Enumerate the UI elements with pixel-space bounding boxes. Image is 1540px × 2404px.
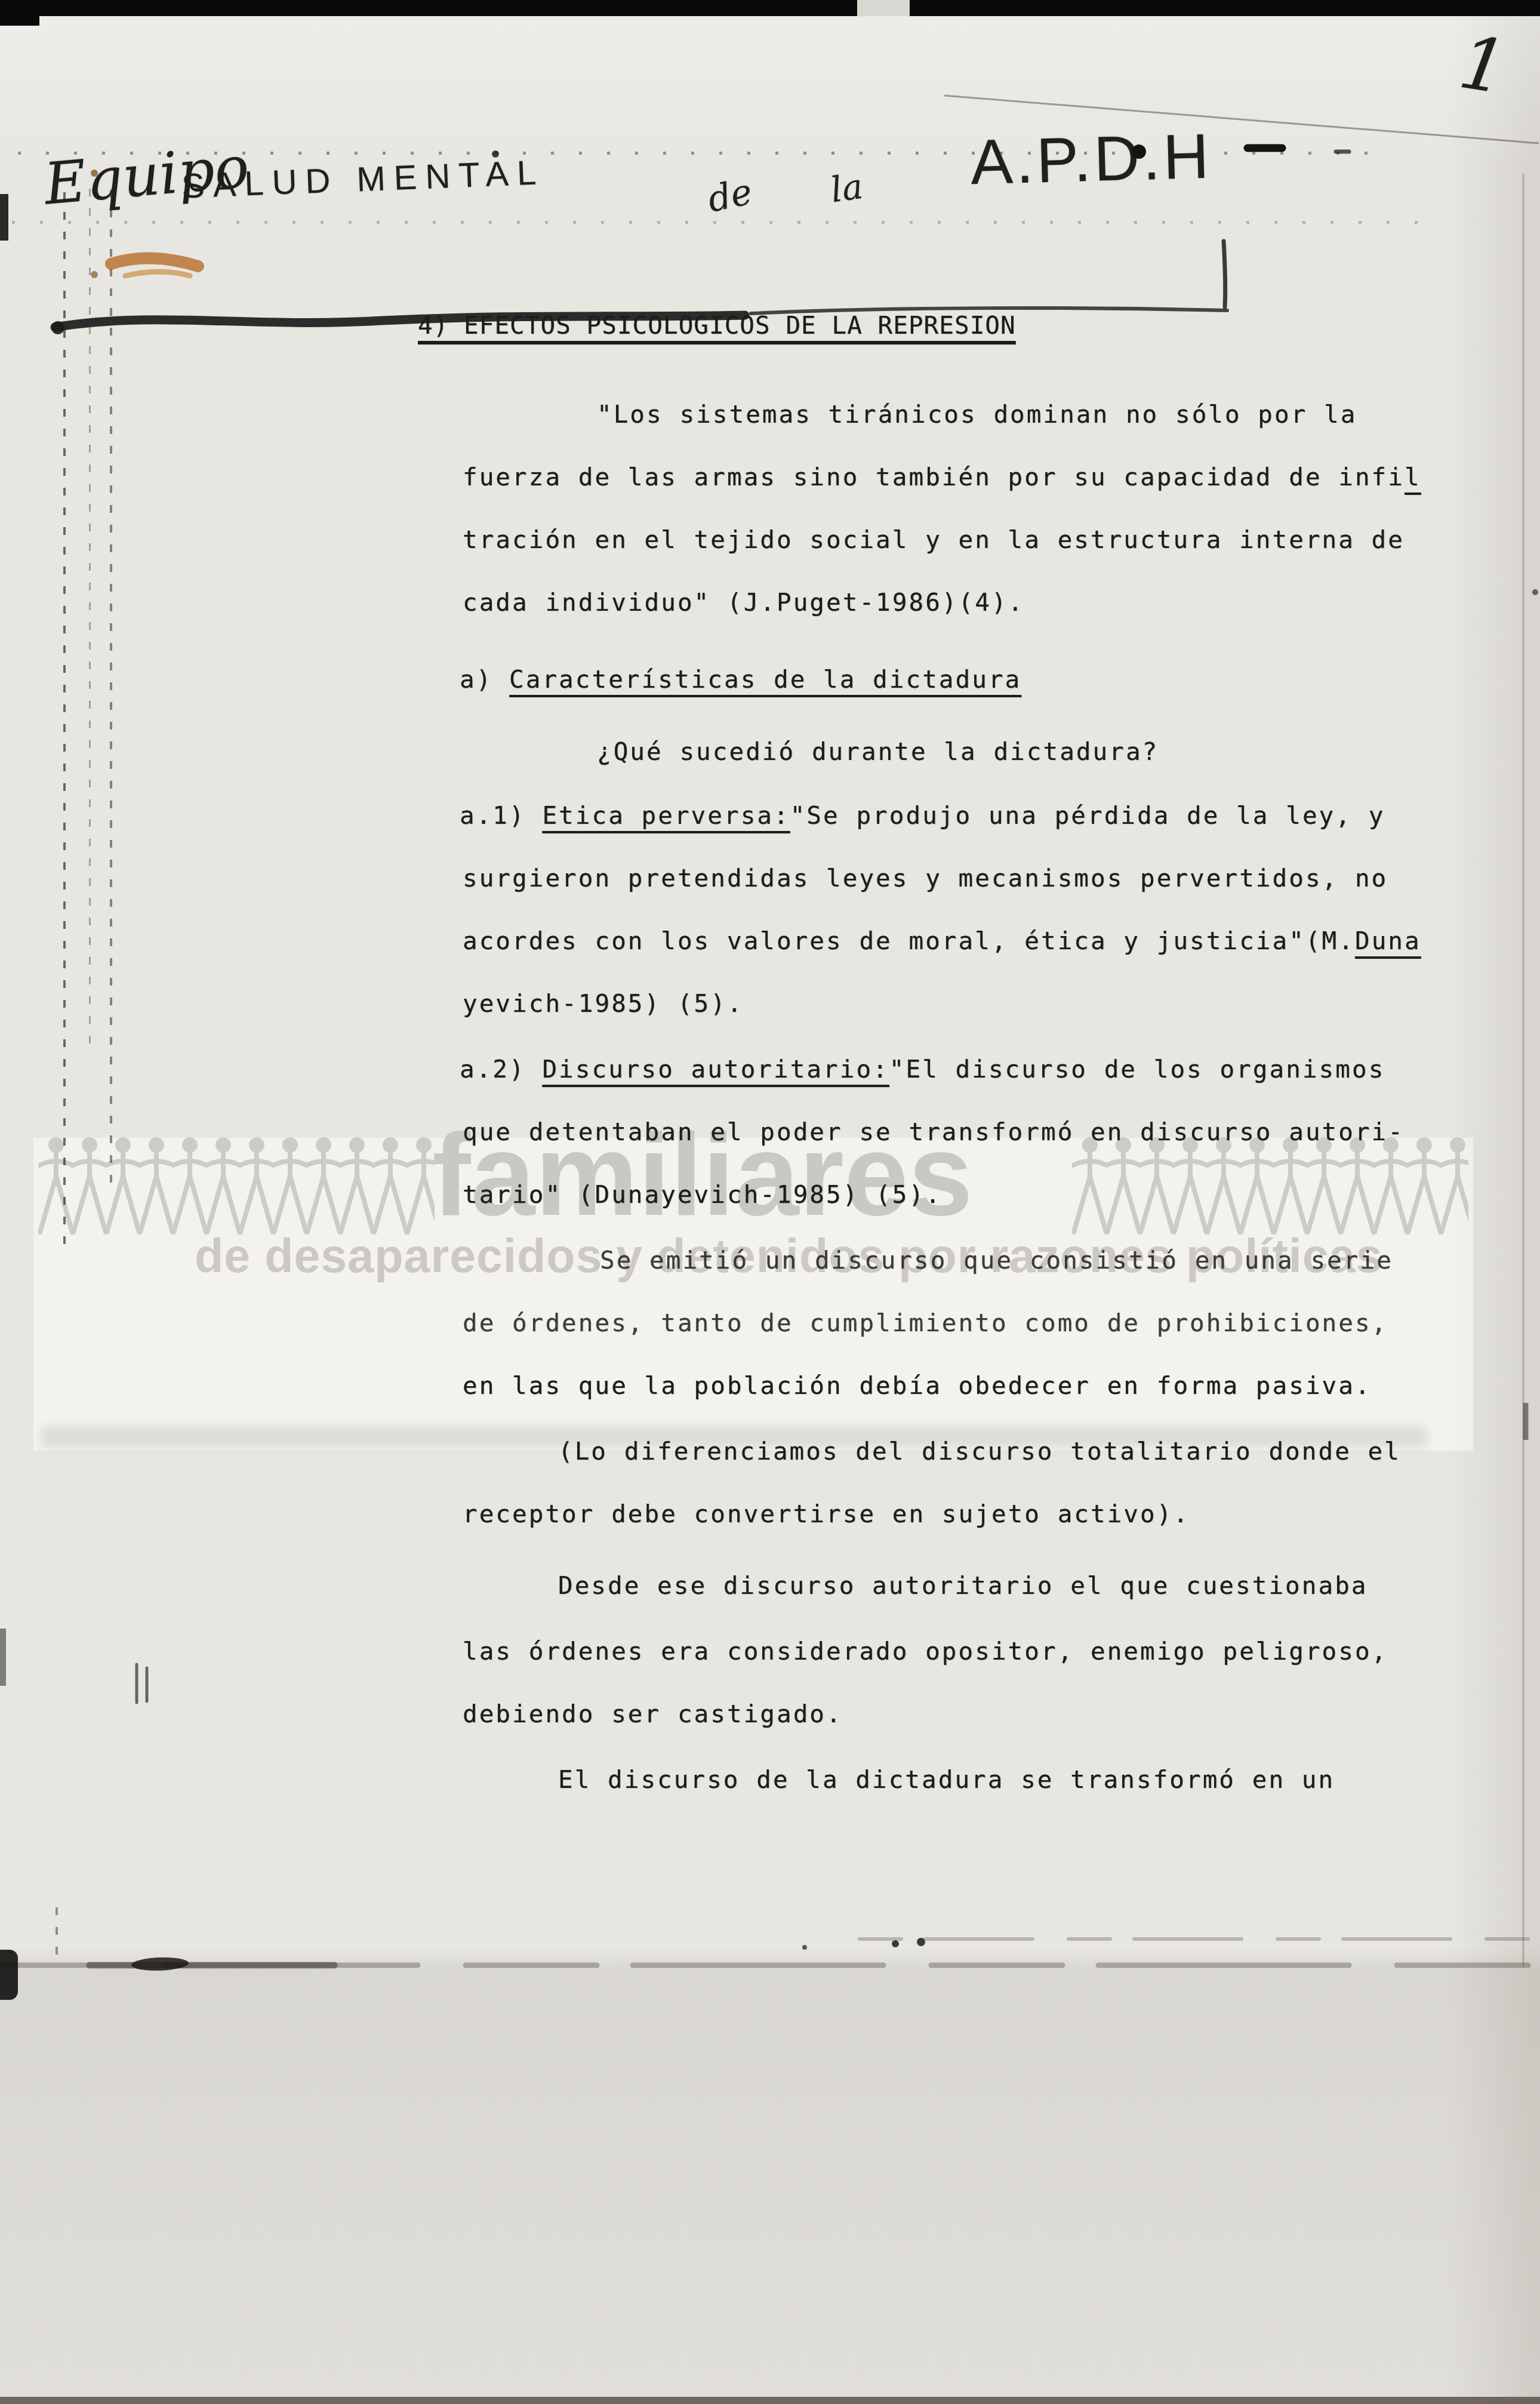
text-segment: fuerza de las armas sino también por su … [463, 463, 1405, 491]
text-segment: a) [460, 665, 509, 694]
fold-crease-line [56, 1907, 58, 1962]
text-segment: cada individuo" (J.Puget-1986)(4). [463, 588, 1024, 617]
typed-line: que detentaban el poder se transformó en… [463, 1116, 1405, 1148]
typed-line: Se emitió un discurso que consistió en u… [600, 1245, 1393, 1276]
dotted-scan-line [12, 221, 1433, 224]
typed-line: a.1) Etica perversa:"Se produjo una pérd… [460, 800, 1385, 832]
typed-line: debiendo ser castigado. [463, 1698, 843, 1730]
text-segment: (Lo diferenciamos del discurso totalitar… [558, 1437, 1401, 1466]
scan-top-edge-notch [857, 0, 910, 16]
text-segment: a.1) [460, 801, 542, 830]
scan-left-edge-mark [0, 1629, 6, 1686]
text-segment: 4) EFECTOS PSICOLOGICOS DE LA REPRESION [418, 311, 1016, 340]
text-segment: en las que la población debía obedecer e… [463, 1371, 1372, 1400]
text-segment: ¿Qué sucedió durante la dictadura? [597, 737, 1159, 766]
typed-line: fuerza de las armas sino también por su … [463, 461, 1421, 493]
text-segment: surgieron pretendidas leyes y mecanismos… [463, 864, 1388, 892]
text-segment: Etica perversa: [542, 801, 790, 830]
fold-crease-line [110, 190, 112, 1193]
text-segment: acordes con los valores de moral, ética … [463, 926, 1355, 955]
margin-tick-marks [137, 1664, 147, 1703]
text-segment: l [1405, 463, 1421, 491]
scan-left-edge-mark [0, 1950, 18, 2000]
text-segment: a.2) [460, 1055, 542, 1084]
text-segment: receptor debe convertirse en sujeto acti… [463, 1500, 1190, 1528]
typed-line: de órdenes, tanto de cumplimiento como d… [463, 1307, 1388, 1339]
handwritten-org-acronym: A.P.D.H [970, 125, 1213, 195]
typed-line: El discurso de la dictadura se transform… [558, 1764, 1335, 1796]
handwritten-word-de: de [705, 174, 756, 218]
text-segment: tario" (Dunayevich-1985) (5). [463, 1180, 942, 1209]
typed-line: surgieron pretendidas leyes y mecanismos… [463, 863, 1388, 894]
text-segment: Se emitió un discurso que consistió en u… [600, 1246, 1393, 1275]
text-segment: Características de la dictadura [509, 665, 1021, 694]
section-heading: a) Características de la dictadura [460, 664, 1021, 695]
typed-line: Desde ese discurso autoritario el que cu… [558, 1570, 1368, 1602]
text-segment: yevich-1985) (5). [463, 989, 744, 1018]
typed-line: "Los sistemas tiránicos dominan no sólo … [597, 399, 1357, 430]
text-segment: Desde ese discurso autoritario el que cu… [558, 1571, 1368, 1600]
typed-line: ¿Qué sucedió durante la dictadura? [597, 736, 1159, 768]
text-segment: El discurso de la dictadura se transform… [558, 1765, 1335, 1794]
text-segment: "El discurso de los organismos [889, 1055, 1385, 1084]
bottom-smudge-lines [0, 1938, 1539, 1972]
text-segment: "Los sistemas tiránicos dominan no sólo … [597, 400, 1357, 429]
fold-crease-line [89, 189, 91, 1054]
handwritten-page-number: 1 [1455, 26, 1512, 105]
typed-line: tario" (Dunayevich-1985) (5). [463, 1179, 942, 1211]
scan-top-edge-nub [0, 16, 39, 26]
scanned-document-page: { "page": { "number": "1" }, "colors": {… [0, 0, 1540, 2404]
typed-line: las órdenes era considerado opositor, en… [463, 1636, 1388, 1667]
doc-title: 4) EFECTOS PSICOLOGICOS DE LA REPRESION [418, 310, 1016, 341]
text-segment: que detentaban el poder se transformó en… [463, 1118, 1405, 1146]
scan-left-edge-mark [0, 194, 8, 241]
text-segment: las órdenes era considerado opositor, en… [463, 1637, 1388, 1666]
right-page-edge-line [1523, 173, 1526, 1967]
typed-line: yevich-1985) (5). [463, 988, 744, 1020]
scan-bottom-edge [0, 2397, 1540, 2404]
typed-line: a.2) Discurso autoritario:"El discurso d… [460, 1054, 1385, 1085]
typed-line: tración en el tejido social y en la estr… [463, 524, 1405, 556]
typed-line: receptor debe convertirse en sujeto acti… [463, 1498, 1190, 1530]
text-segment: tración en el tejido social y en la estr… [463, 525, 1405, 554]
scan-top-edge [0, 0, 1540, 16]
text-segment: Duna [1355, 926, 1421, 955]
typed-line: en las que la población debía obedecer e… [463, 1370, 1372, 1402]
typed-line: acordes con los valores de moral, ética … [463, 925, 1421, 957]
text-segment: debiendo ser castigado. [463, 1700, 843, 1728]
typed-line: (Lo diferenciamos del discurso totalitar… [558, 1436, 1401, 1467]
text-segment: Discurso autoritario: [542, 1055, 889, 1084]
typed-line: cada individuo" (J.Puget-1986)(4). [463, 587, 1024, 618]
fold-crease-line [63, 192, 66, 1249]
text-segment: de órdenes, tanto de cumplimiento como d… [463, 1309, 1388, 1337]
text-segment: "Se produjo una pérdida de la ley, y [790, 801, 1385, 830]
handwritten-word-la: la [828, 169, 865, 208]
